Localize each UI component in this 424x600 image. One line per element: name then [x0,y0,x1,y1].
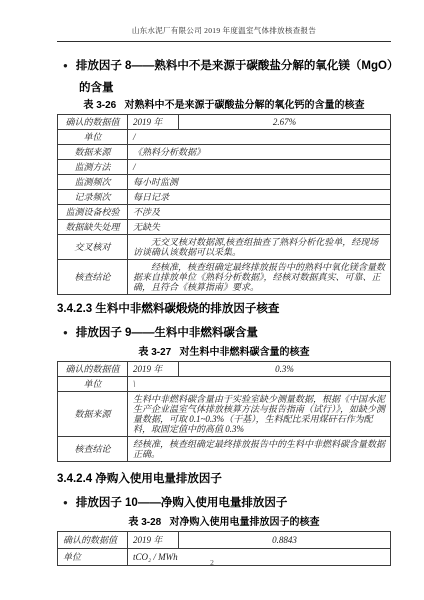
table-row: 确认的数据值 2019 年 2.67% [58,115,391,130]
row-year: 2019 年 [128,532,179,549]
page-header: 山东水泥厂有限公司 2019 年度温室气体排放核查报告 [57,0,391,42]
factor8-heading-line2: 的含量 [57,80,391,96]
table-row: 核查结论 经核准，核查组确定最终排放报告中的生料中非燃料碳含量数据正确。 [58,437,391,462]
row-value: / [128,130,391,145]
row-label: 监测频次 [58,175,128,190]
row-label: 数据缺失处理 [58,220,128,235]
row-value: / [128,160,391,175]
table-row: 监测频次 每小时监测 [58,175,391,190]
factor10-heading: ● 排放因子 10——净购入使用电量排放因子 [57,495,391,511]
table-row: 确认的数据值 2019 年 0.3% [58,362,391,377]
bullet-icon: ● [63,328,68,337]
table-row: 监测设备校验 不涉及 [58,205,391,220]
report-title: 山东水泥厂有限公司 2019 年度温室气体排放核查报告 [57,26,391,35]
row-value: 每日记录 [128,190,391,205]
row-value: 《熟料分析数据》 [128,145,391,160]
table-row: 确认的数据值 2019 年 0.8843 [58,532,391,549]
row-value: 无缺失 [128,220,391,235]
table-3-27-caption: 表 3-27 对生料中非燃料碳含量的核查 [57,346,391,359]
factor8-heading-line1: 排放因子 8——熟料中不是来源于碳酸盐分解的氧化镁（MgO） [76,58,399,74]
bullet-icon: ● [63,61,68,70]
table-row: 数据缺失处理 无缺失 [58,220,391,235]
row-label: 核查结论 [58,260,128,295]
row-value: \ [128,377,391,392]
row-value: 2.67% [179,115,391,130]
page-number: 2 [210,558,214,567]
section-3-4-2-4-heading: 3.4.2.4 净购入使用电量排放因子 [57,472,391,487]
factor10-heading-text: 排放因子 10——净购入使用电量排放因子 [76,495,288,511]
section-3-4-2-3-heading: 3.4.2.3 生料中非燃料碳煅烧的排放因子核查 [57,302,391,317]
row-label: 单位 [58,130,128,145]
row-year: 2019 年 [128,115,179,130]
row-label: 数据来源 [58,145,128,160]
row-value: 0.8843 [179,532,391,549]
table-3-28-caption: 表 3-28 对净购入使用电量排放因子的核查 [57,516,391,529]
row-value: 经核准，核查组确定最终排放报告中的熟料中氧化镁含量数据来自排放单位《熟料分析数据… [128,260,391,295]
table-row: 核查结论 经核准，核查组确定最终排放报告中的熟料中氧化镁含量数据来自排放单位《熟… [58,260,391,295]
row-label: 核查结论 [58,437,128,462]
row-label: 数据来源 [58,392,128,437]
row-label: 监测方法 [58,160,128,175]
table-3-27: 确认的数据值 2019 年 0.3% 单位 \ 数据来源 生料中非燃料碳含量由于… [57,361,391,462]
table-row: 单位 / [58,130,391,145]
row-value: 经核准，核查组确定最终排放报告中的生料中非燃料碳含量数据正确。 [128,437,391,462]
table-row: 记录频次 每日记录 [58,190,391,205]
row-label: 确认的数据值 [58,115,128,130]
row-year: 2019 年 [128,362,179,377]
row-value: 0.3% [179,362,391,377]
row-value: 无交叉核对数据源,核查组抽查了熟料分析化验单，经现场访谈确认该数据可以采集。 [128,235,391,260]
table-row: 数据来源 生料中非燃料碳含量由于实验室缺少测量数据，根据《中国水泥生产企业温室气… [58,392,391,437]
row-value: 生料中非燃料碳含量由于实验室缺少测量数据，根据《中国水泥生产企业温室气体排放核算… [128,392,391,437]
table-3-26-caption: 表 3-26 对熟料中不是来源于碳酸盐分解的氧化钙的含量的核查 [57,99,391,112]
report-page: 山东水泥厂有限公司 2019 年度温室气体排放核查报告 ● 排放因子 8——熟料… [0,0,424,600]
header-divider [57,41,391,42]
table-row: 单位 \ [58,377,391,392]
row-label: 监测设备校验 [58,205,128,220]
bullet-icon: ● [63,498,68,507]
row-label: 确认的数据值 [58,362,128,377]
table-3-26: 确认的数据值 2019 年 2.67% 单位 / 数据来源 《熟料分析数据》 监… [57,114,391,295]
row-value: 每小时监测 [128,175,391,190]
table-row: 数据来源 《熟料分析数据》 [58,145,391,160]
factor9-heading-text: 排放因子 9——生料中非燃料碳含量 [76,325,258,341]
row-label: 交叉核对 [58,235,128,260]
row-label: 确认的数据值 [58,532,128,549]
row-label: 单位 [58,377,128,392]
factor9-heading: ● 排放因子 9——生料中非燃料碳含量 [57,325,391,341]
factor8-heading: ● 排放因子 8——熟料中不是来源于碳酸盐分解的氧化镁（MgO） [57,58,391,74]
table-row: 交叉核对 无交叉核对数据源,核查组抽查了熟料分析化验单，经现场访谈确认该数据可以… [58,235,391,260]
table-row: 监测方法 / [58,160,391,175]
row-value: 不涉及 [128,205,391,220]
page-footer: 2 [0,552,424,570]
row-label: 记录频次 [58,190,128,205]
